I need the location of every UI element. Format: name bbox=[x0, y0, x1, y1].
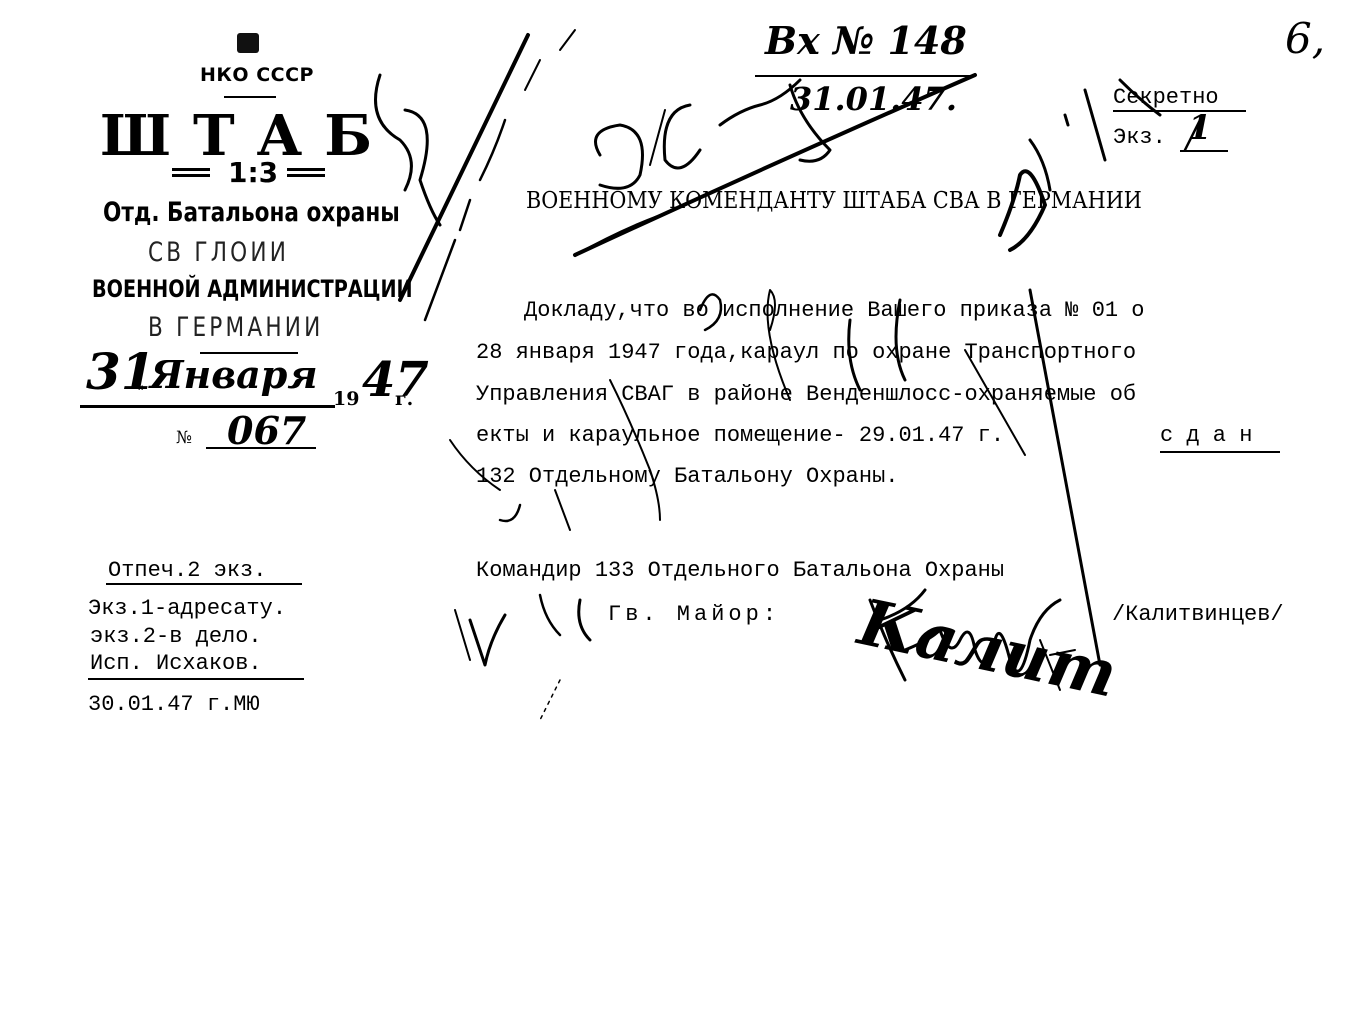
handwritten-annotations bbox=[0, 0, 1345, 1024]
document-page: НКО СССР ШТАБ 1:3 Отд. Батальона охраны … bbox=[0, 0, 1345, 1024]
